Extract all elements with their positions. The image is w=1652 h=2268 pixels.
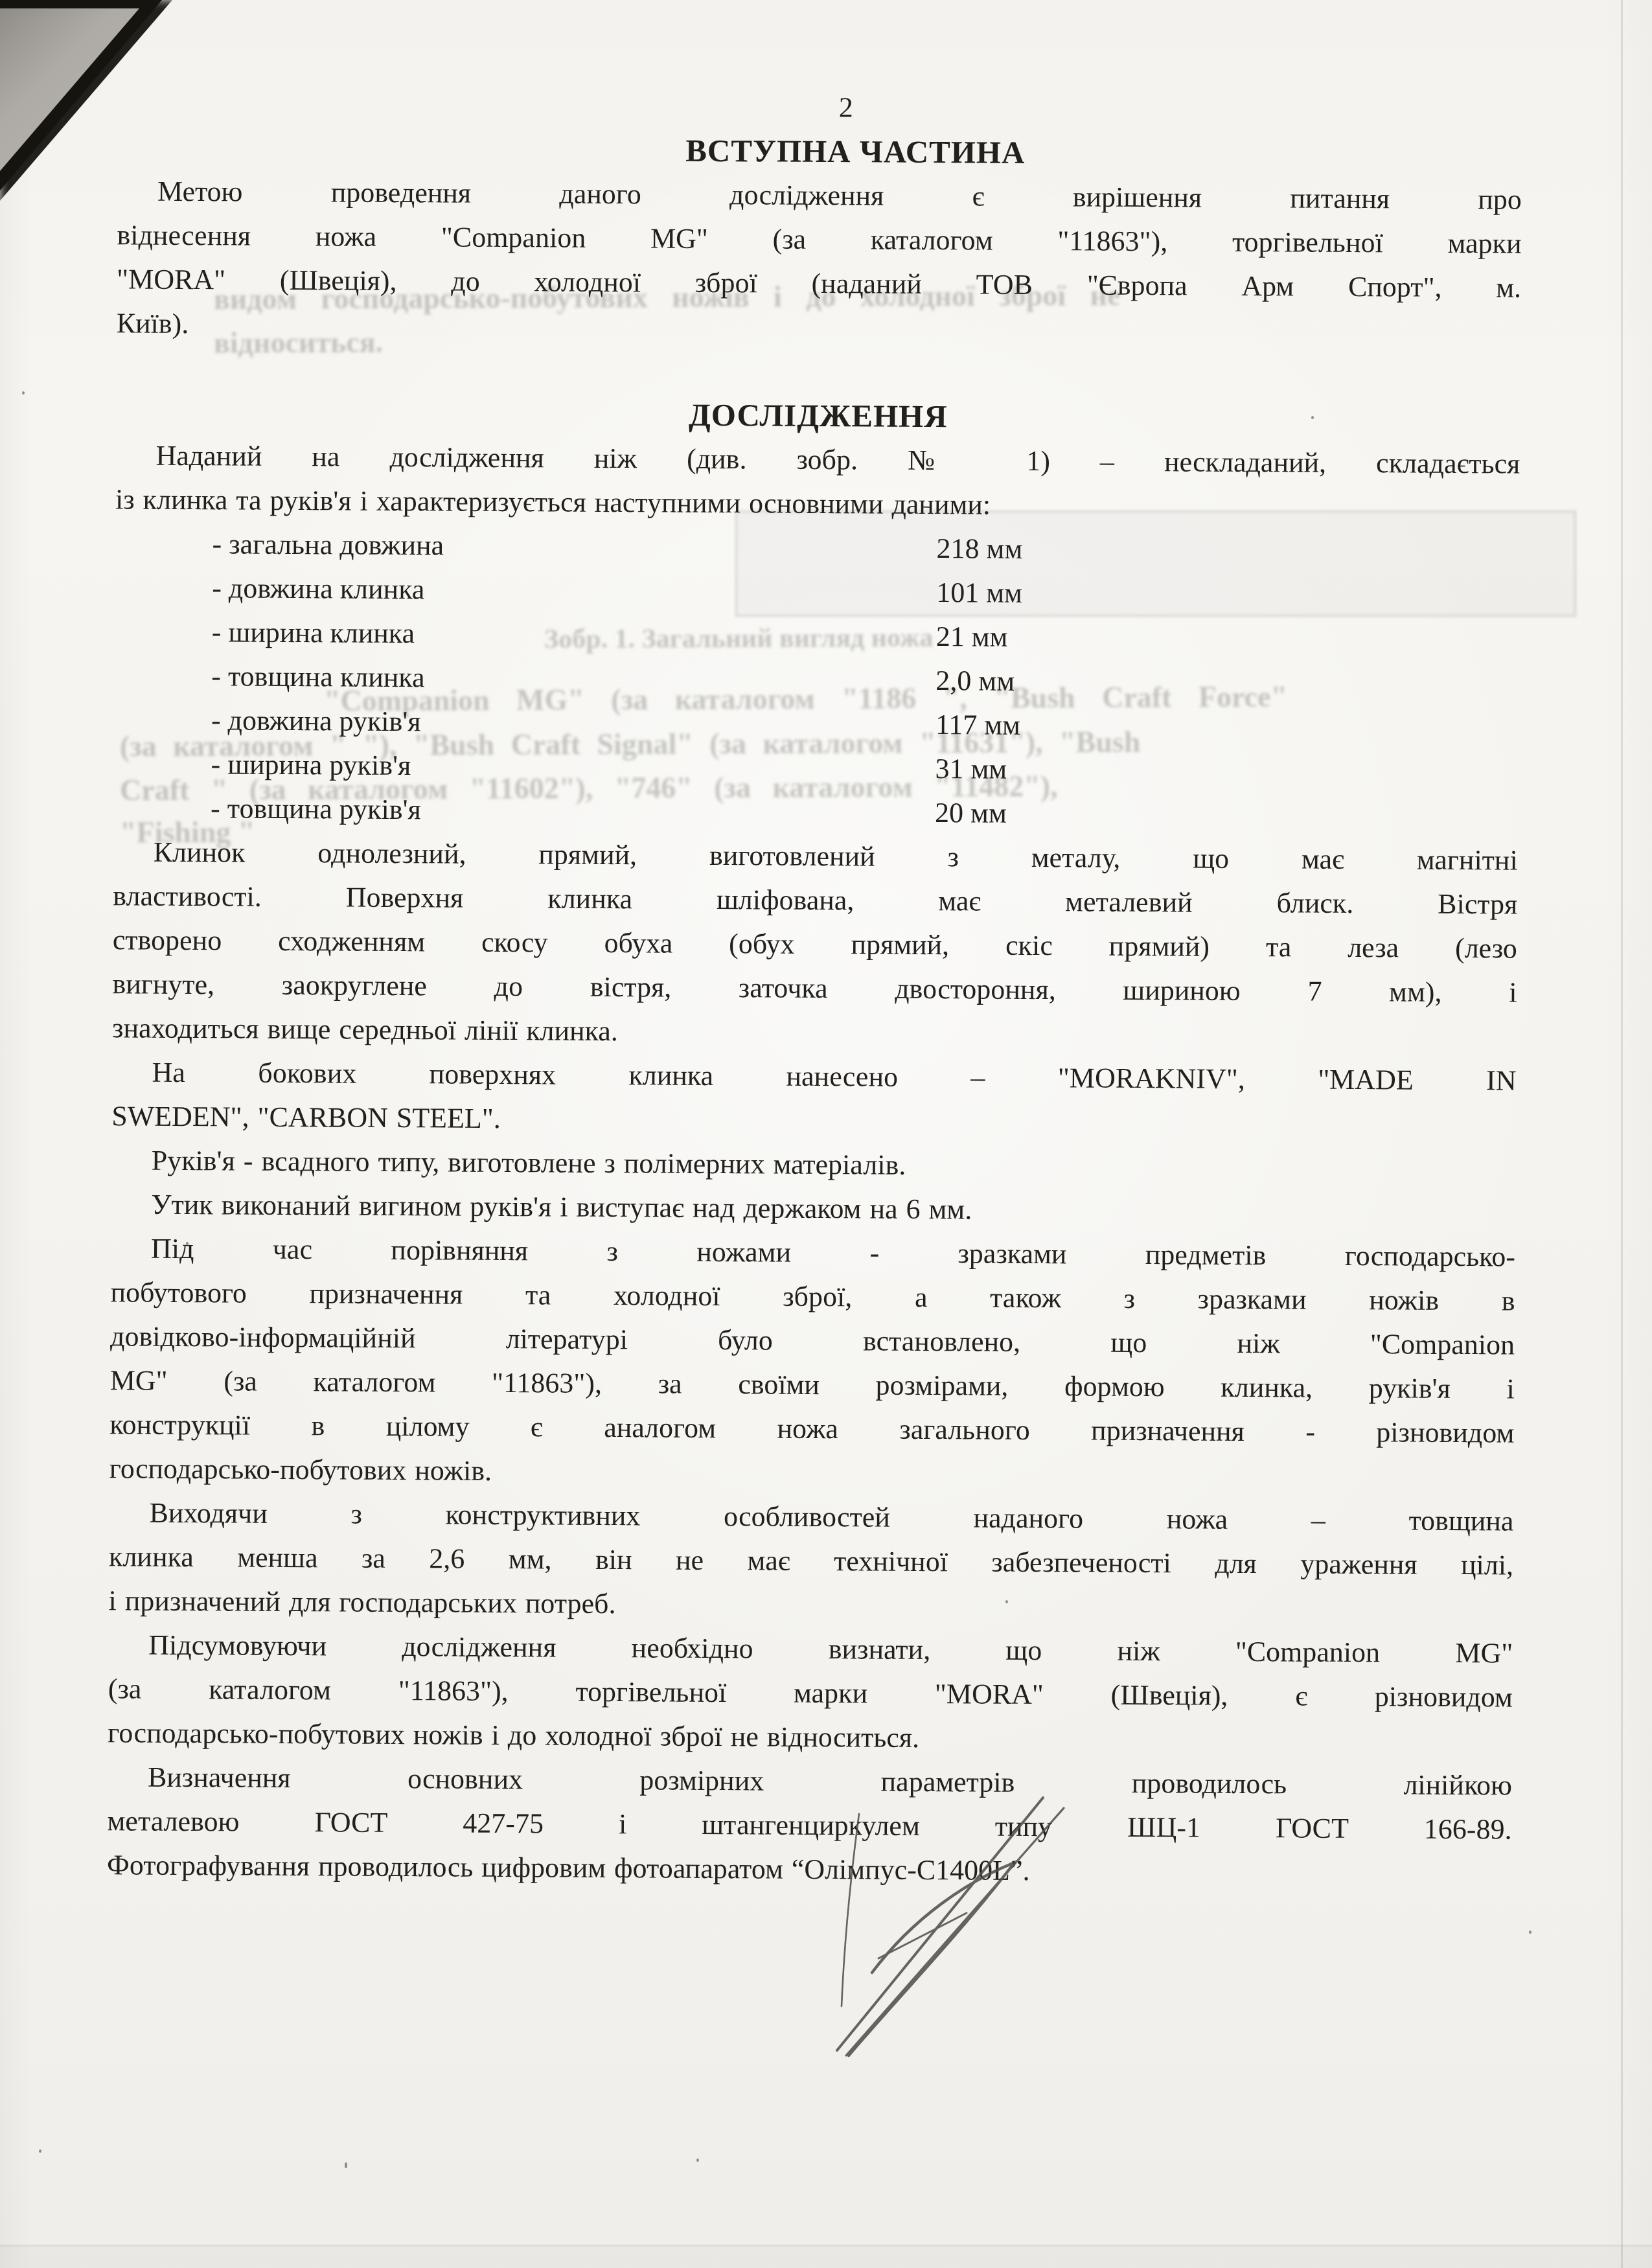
scan-speck: [345, 2162, 347, 2168]
measurement-label: - товщина клинка: [211, 660, 425, 693]
measurements-list: - загальна довжина 218 мм - довжина клин…: [113, 521, 1520, 838]
scan-speck: [186, 1242, 189, 1245]
measurement-value: 101 мм: [936, 571, 1022, 615]
measurement-row: - товщина руків'я 20 мм: [113, 786, 1518, 838]
scan-speck: [1005, 1600, 1008, 1603]
scanner-bottom-strip: [0, 2247, 1652, 2268]
measurement-label: - ширина клинка: [212, 616, 415, 649]
scanned-document-page: { "page": { "number": "2" }, "headings":…: [0, 0, 1652, 2268]
section-title-intro: ВСТУПНА ЧАСТИНА: [153, 126, 1557, 178]
signature-scribble: [739, 1778, 1101, 2076]
measurement-value: 117 мм: [935, 703, 1020, 748]
measurement-label: - довжина руків'я: [211, 704, 421, 737]
paragraph-blade: Клинок однолезний, прямий, виготовлений …: [112, 830, 1518, 1059]
text-line: "MORA" (Швеція), до холодної зброї (нада…: [117, 257, 1521, 310]
scan-speck: [696, 2159, 699, 2162]
page-corner-fold: [0, 0, 220, 233]
scan-speck: [1529, 1930, 1532, 1934]
paragraph-construction: Виходячи з конструктивних особливостей н…: [108, 1491, 1513, 1631]
text-line: Київ).: [117, 301, 1521, 354]
measurement-value: 2,0 мм: [935, 659, 1015, 704]
scan-speck: [39, 2149, 41, 2153]
measurement-label: - загальна довжина: [212, 528, 444, 561]
paper-right-edge-line: [1621, 0, 1623, 2268]
measurement-value: 31 мм: [935, 747, 1007, 792]
paragraph-comparison: Під час порівняння з ножами - зразками п…: [109, 1226, 1515, 1499]
measurement-label: - товщина руків'я: [211, 792, 421, 825]
measurement-value: 20 мм: [935, 791, 1007, 836]
measurement-label: - довжина клинка: [212, 572, 425, 605]
measurement-value: 218 мм: [936, 527, 1022, 571]
document-body: 2 ВСТУПНА ЧАСТИНА Метою проведення даног…: [107, 81, 1522, 1896]
paragraph-purpose: Метою проведення даного дослідження є ви…: [117, 169, 1522, 354]
measurement-value: 21 мм: [936, 615, 1008, 659]
scan-speck: [22, 391, 25, 395]
paragraph-conclusion: Підсумовуючи дослідження необхідно визна…: [108, 1623, 1513, 1763]
paragraph-markings: На бокових поверхнях клинка нанесено – "…: [111, 1050, 1517, 1147]
scan-speck: [1311, 416, 1314, 419]
paragraph-knife-intro: Наданий на дослідження ніж (див. зобр. №…: [115, 433, 1520, 530]
measurement-label: - ширина руків'я: [211, 748, 411, 781]
